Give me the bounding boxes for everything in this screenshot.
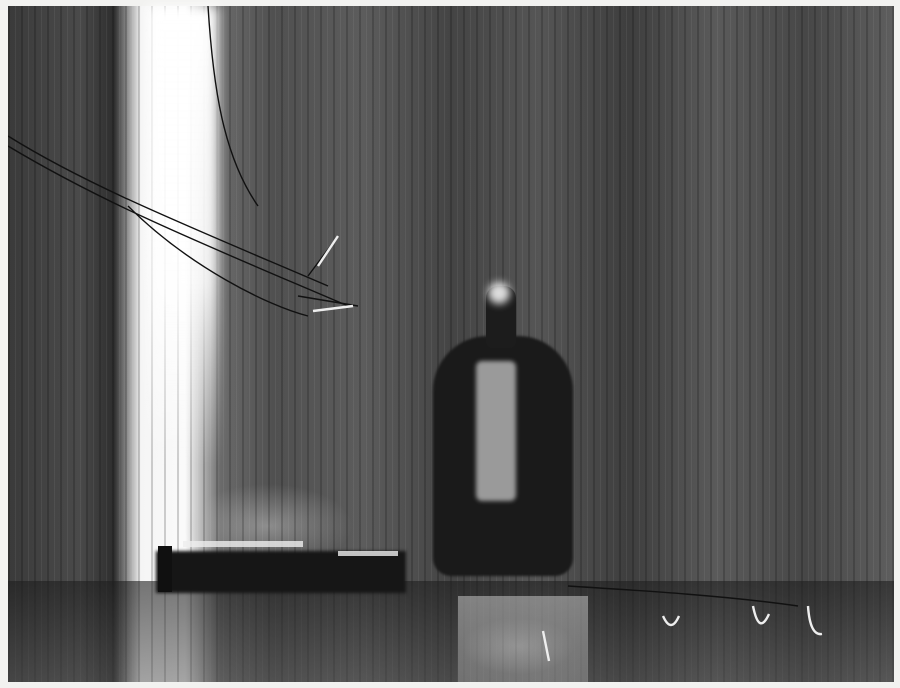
scratch-lines <box>8 6 894 682</box>
paper-margin <box>0 0 900 688</box>
print-plate <box>8 6 894 682</box>
